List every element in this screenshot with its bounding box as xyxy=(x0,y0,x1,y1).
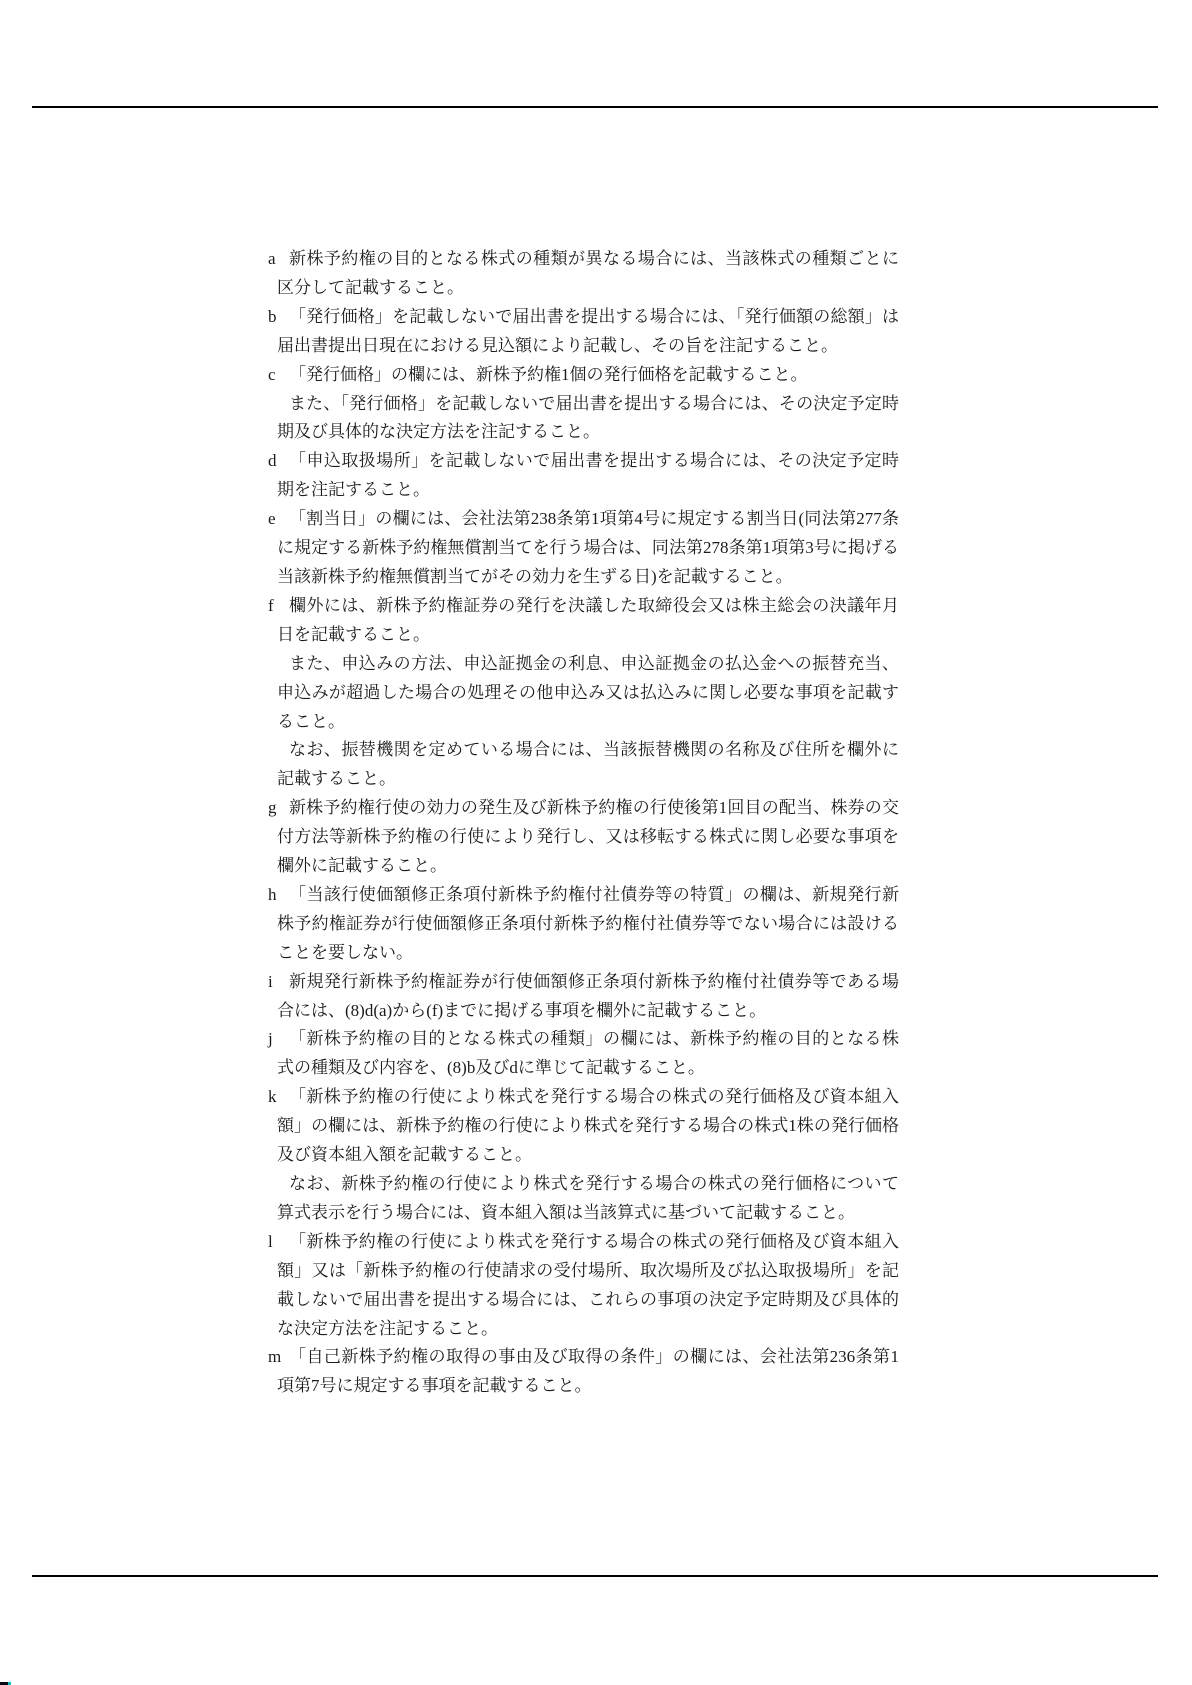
item-d: d 「申込取扱場所」を記載しないで届出書を提出する場合には、その決定予定時期を注… xyxy=(268,447,899,505)
item-i: i 新規発行新株予約権証券が行使価額修正条項付新株予約権付社債券等である場合には… xyxy=(268,968,899,1026)
item-m: m 「自己新株予約権の取得の事由及び取得の条件」の欄には、会社法第236条第1項… xyxy=(268,1343,899,1401)
item-paragraph: 新株予約権の目的となる株式の種類が異なる場合には、当該株式の種類ごとに区分して記… xyxy=(277,245,899,303)
item-paragraph: なお、振替機関を定めている場合には、当該振替機関の名称及び住所を欄外に記載するこ… xyxy=(277,736,899,794)
item-letter: e xyxy=(268,505,276,534)
top-rule xyxy=(32,106,1158,108)
item-paragraph: 「新株予約権の行使により株式を発行する場合の株式の発行価格及び資本組入額」の欄に… xyxy=(277,1083,899,1170)
item-paragraph: 「自己新株予約権の取得の事由及び取得の条件」の欄には、会社法第236条第1項第7… xyxy=(277,1343,899,1401)
item-paragraph: 「発行価格」の欄には、新株予約権1個の発行価格を記載すること。 xyxy=(277,361,899,390)
notes-list: a 新株予約権の目的となる株式の種類が異なる場合には、当該株式の種類ごとに区分し… xyxy=(268,245,899,1401)
item-paragraph: なお、新株予約権の行使により株式を発行する場合の株式の発行価格について算式表示を… xyxy=(277,1170,899,1228)
item-l: l 「新株予約権の行使により株式を発行する場合の株式の発行価格及び資本組入額」又… xyxy=(268,1228,899,1344)
item-paragraph: 「当該行使価額修正条項付新株予約権付社債券等の特質」の欄は、新規発行新株予約権証… xyxy=(277,881,899,968)
item-letter: k xyxy=(268,1083,277,1112)
document-page: a 新株予約権の目的となる株式の種類が異なる場合には、当該株式の種類ごとに区分し… xyxy=(0,0,1192,1685)
item-paragraph: 新株予約権行使の効力の発生及び新株予約権の行使後第1回目の配当、株券の交付方法等… xyxy=(277,794,899,881)
item-c: c 「発行価格」の欄には、新株予約権1個の発行価格を記載すること。 また、「発行… xyxy=(268,361,899,448)
item-paragraph: 「新株予約権の行使により株式を発行する場合の株式の発行価格及び資本組入額」又は「… xyxy=(277,1228,899,1344)
item-letter: d xyxy=(268,447,277,476)
item-g: g 新株予約権行使の効力の発生及び新株予約権の行使後第1回目の配当、株券の交付方… xyxy=(268,794,899,881)
item-letter: c xyxy=(268,361,276,390)
item-f: f 欄外には、新株予約権証券の発行を決議した取締役会又は株主総会の決議年月日を記… xyxy=(268,592,899,794)
item-paragraph: 「発行価格」を記載しないで届出書を提出する場合には、「発行価額の総額」は届出書提… xyxy=(277,303,899,361)
item-letter: i xyxy=(268,968,273,997)
item-j: j 「新株予約権の目的となる株式の種類」の欄には、新株予約権の目的となる株式の種… xyxy=(268,1025,899,1083)
item-e: e 「割当日」の欄には、会社法第238条第1項第4号に規定する割当日(同法第27… xyxy=(268,505,899,592)
item-letter: a xyxy=(268,245,276,274)
item-k: k 「新株予約権の行使により株式を発行する場合の株式の発行価格及び資本組入額」の… xyxy=(268,1083,899,1228)
item-paragraph: また、「発行価格」を記載しないで届出書を提出する場合には、その決定予定時期及び具… xyxy=(277,390,899,448)
item-letter: f xyxy=(268,592,274,621)
item-a: a 新株予約権の目的となる株式の種類が異なる場合には、当該株式の種類ごとに区分し… xyxy=(268,245,899,303)
item-paragraph: 「新株予約権の目的となる株式の種類」の欄には、新株予約権の目的となる株式の種類及… xyxy=(277,1025,899,1083)
item-letter: j xyxy=(268,1025,273,1054)
item-b: b 「発行価格」を記載しないで届出書を提出する場合には、「発行価額の総額」は届出… xyxy=(268,303,899,361)
item-paragraph: 「申込取扱場所」を記載しないで届出書を提出する場合には、その決定予定時期を注記す… xyxy=(277,447,899,505)
item-letter: m xyxy=(268,1343,281,1372)
item-paragraph: 欄外には、新株予約権証券の発行を決議した取締役会又は株主総会の決議年月日を記載す… xyxy=(277,592,899,650)
bottom-rule xyxy=(32,1575,1158,1577)
item-letter: l xyxy=(268,1228,273,1257)
item-letter: b xyxy=(268,303,277,332)
item-h: h 「当該行使価額修正条項付新株予約権付社債券等の特質」の欄は、新規発行新株予約… xyxy=(268,881,899,968)
item-letter: h xyxy=(268,881,277,910)
item-paragraph: 「割当日」の欄には、会社法第238条第1項第4号に規定する割当日(同法第277条… xyxy=(277,505,899,592)
item-paragraph: 新規発行新株予約権証券が行使価額修正条項付新株予約権付社債券等である場合には、(… xyxy=(277,968,899,1026)
item-letter: g xyxy=(268,794,277,823)
item-paragraph: また、申込みの方法、申込証拠金の利息、申込証拠金の払込金への振替充当、申込みが超… xyxy=(277,650,899,737)
